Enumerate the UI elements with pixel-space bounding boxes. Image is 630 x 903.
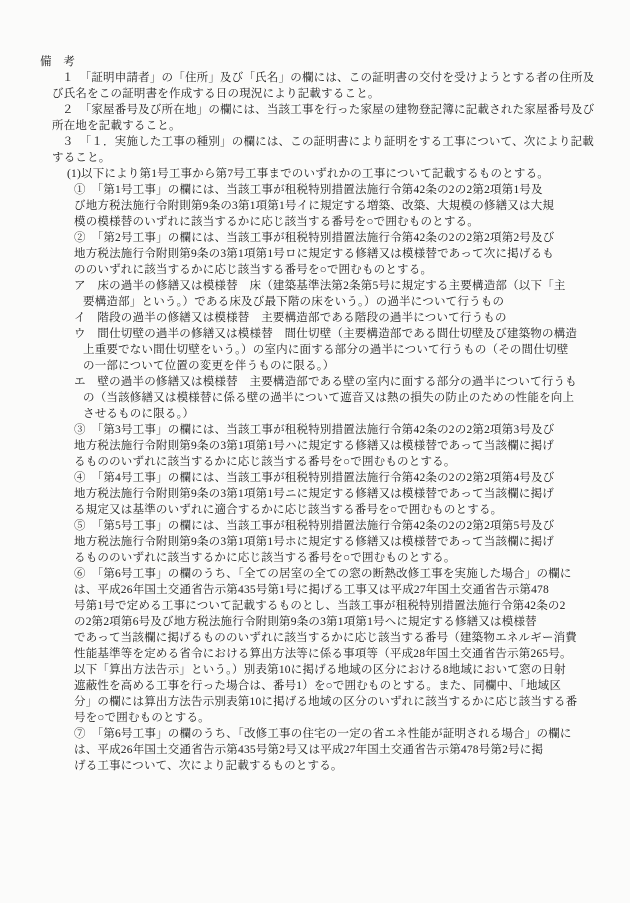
document-line: ③ 「第3号工事」の欄には、当該工事が租税特別措置法施行令第42条の2の2第2項… (74, 422, 630, 438)
document-line: るもののいずれに該当するかに応じ該当する番号を○で囲むものとする。 (74, 550, 630, 566)
document-line: の2第2項第6号及び地方税法施行令附則第9条の3第1項第1号ヘに規定する修繕又は… (74, 614, 630, 630)
document-line: 所在地を記載すること。 (52, 118, 630, 134)
document-line: 模の模様替のいずれに該当するかに応じ該当する番号を○で囲むものとする。 (74, 214, 630, 230)
document-line: 遮蔽性を高める工事を行った場合は、番号1）を○で囲むものとする。また、同欄中、「… (74, 678, 630, 694)
document-line: 号を○で囲むものとする。 (74, 710, 630, 726)
document-line: 分」の欄には算出方法告示別表第10に掲げる地域の区分のいずれに該当するかに応じ該… (74, 694, 630, 710)
document-line: 号第1号で定める工事について記載するものとし、当該工事が租税特別措置法施行令第4… (74, 598, 630, 614)
document-line: ア 床の過半の修繕又は模様替 床（建築基準法第2条第5号に規定する主要構造部（以… (74, 278, 630, 294)
document-line: げる工事について、次により記載するものとする。 (74, 758, 630, 774)
document-line: 上重要でない間仕切壁をいう。）の室内に面する部分の過半について行うもの（その間仕… (83, 342, 630, 358)
document-line: させるものに限る。） (83, 406, 630, 422)
document-line: ④ 「第4号工事」の欄には、当該工事が租税特別措置法施行令第42条の2の2第2項… (74, 470, 630, 486)
document-line: ⑤ 「第5号工事」の欄には、当該工事が租税特別措置法施行令第42条の2の2第2項… (74, 518, 630, 534)
document-line: の（当該修繕又は模様替に係る壁の過半について遮音又は熱の損失の防止のための性能を… (83, 390, 630, 406)
document-line: すること。 (52, 150, 630, 166)
document-line: び氏名をこの証明書を作成する日の現況により記載すること。 (52, 86, 630, 102)
document-line: 地方税法施行令附則第9条の3第1項第1号ホに規定する修繕又は模様替であって当該欄… (74, 534, 630, 550)
document-line: であって当該欄に掲げるもののいずれに該当するかに応じ該当する番号（建築物エネルギ… (74, 630, 630, 646)
document-line: ２ 「家屋番号及び所在地」の欄には、当該工事を行った家屋の建物登記簿に記載された… (62, 102, 630, 118)
document-line: (1)以下により第1号工事から第7号工事までのいずれかの工事について記載するもの… (67, 166, 630, 182)
document-line: 地方税法施行令附則第9条の3第1項第1号ハに規定する修繕又は模様替であって当該欄… (74, 438, 630, 454)
document-line: ののいずれに該当するかに応じ該当する番号を○で囲むものとする。 (74, 262, 630, 278)
document-line: ⑦ 「第6号工事」の欄のうち、「改修工事の住宅の一定の省エネ性能が証明される場合… (74, 726, 630, 742)
document-line: び地方税法施行令附則第9条の3第1項第1号イに規定する増築、改築、大規模の修繕又… (74, 198, 630, 214)
document-line: イ 階段の過半の修繕又は模様替 主要構造部である階段の過半について行うもの (74, 310, 630, 326)
document-line: るもののいずれに該当するかに応じ該当する番号を○で囲むものとする。 (74, 454, 630, 470)
document-line: 以下「算出方法告示」という。）別表第10に掲げる地域の区分における8地域において… (74, 662, 630, 678)
document-line: は、平成26年国土交通省告示第435号第2号又は平成27年国土交通省告示第478… (74, 742, 630, 758)
document-line: る規定又は基準のいずれに適合するかに応じ該当する番号を○で囲むものとする。 (74, 502, 630, 518)
document-line: の一部について位置の変更を伴うものに限る。） (83, 358, 630, 374)
document-line: エ 壁の過半の修繕又は模様替 主要構造部である壁の室内に面する部分の過半について… (74, 374, 630, 390)
document-page: 備 考 １ 「証明申請者」の「住所」及び「氏名」の欄には、この証明書の交付を受け… (0, 0, 630, 903)
document-line: 地方税法施行令附則第9条の3第1項第1号ロに規定する修繕又は模様替であって次に掲… (74, 246, 630, 262)
document-body: １ 「証明申請者」の「住所」及び「氏名」の欄には、この証明書の交付を受けようとす… (0, 70, 630, 774)
document-line: ⑥ 「第6号工事」の欄のうち、「全ての居室の全ての窓の断熱改修工事を実施した場合… (74, 566, 630, 582)
document-line: ① 「第1号工事」の欄には、当該工事が租税特別措置法施行令第42条の2の2第2項… (74, 182, 630, 198)
document-line: １ 「証明申請者」の「住所」及び「氏名」の欄には、この証明書の交付を受けようとす… (62, 70, 630, 86)
document-line: 要構造部」という。）である床及び最下階の床をいう。）の過半について行うもの (83, 294, 630, 310)
document-line: 地方税法施行令附則第9条の3第1項第1号ニに規定する修繕又は模様替であって当該欄… (74, 486, 630, 502)
document-line: 性能基準等を定める省令における算出方法等に係る事項等（平成28年国土交通省告示第… (74, 646, 630, 662)
document-line: ② 「第2号工事」の欄には、当該工事が租税特別措置法施行令第42条の2の2第2項… (74, 230, 630, 246)
document-line: は、平成26年国土交通省告示第435号第1号に掲げる工事又は平成27年国土交通省… (74, 582, 630, 598)
remarks-heading: 備 考 (40, 54, 630, 70)
document-line: ３ 「１．実施した工事の種別」の欄には、この証明書により証明をする工事について、… (62, 134, 630, 150)
document-line: ウ 間仕切壁の過半の修繕又は模様替 間仕切壁（主要構造部である間仕切壁及び建築物… (74, 326, 630, 342)
